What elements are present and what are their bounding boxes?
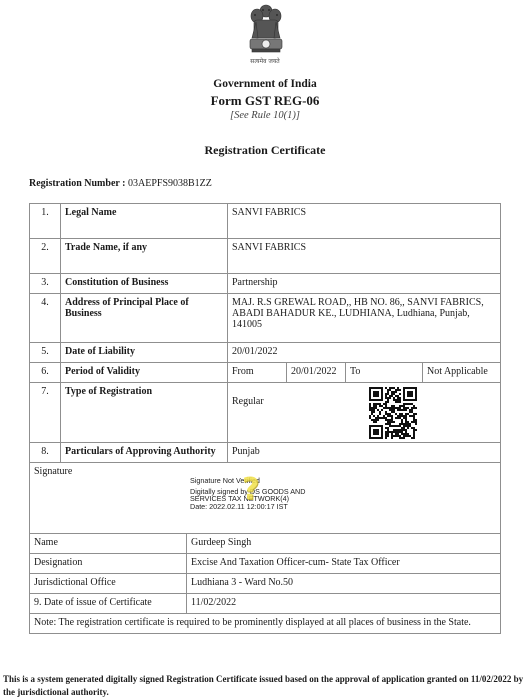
form-name: Form GST REG-06 [0,93,530,109]
motto: सत्यमेव जयते [0,57,530,65]
government-heading: Government of India [0,78,530,90]
row-number: 5. [30,343,61,363]
row-number: 1. [30,204,61,239]
table-row: 2. Trade Name, if any SANVI FABRICS [30,239,501,274]
legal-name-value: SANVI FABRICS [228,204,501,239]
row-number: 3. [30,274,61,294]
table-row: 9. Date of issue of Certificate 11/02/20… [30,594,501,614]
row-number: 7. [30,383,61,443]
footer-statement: This is a system generated digitally sig… [3,673,527,699]
approving-authority-value: Punjab [228,443,501,463]
legal-name-label: Legal Name [61,204,228,239]
table-row: 5. Date of Liability 20/01/2022 [30,343,501,363]
note-text: Note: The registration certificate is re… [30,614,501,634]
date-of-liability-label: Date of Liability [61,343,228,363]
table-row: Name Gurdeep Singh [30,534,501,554]
type-of-registration-cell: Regular [228,383,501,443]
from-value: 20/01/2022 [287,363,346,382]
table-row: 7. Type of Registration Regular [30,383,501,443]
certificate-title: Registration Certificate [0,143,530,158]
row-number: 4. [30,294,61,343]
jurisdictional-office-value: Ludhiana 3 - Ward No.50 [187,574,501,594]
table-row: 8. Particulars of Approving Authority Pu… [30,443,501,463]
details-table: 1. Legal Name SANVI FABRICS 2. Trade Nam… [29,203,501,463]
table-row: Designation Excise And Taxation Officer-… [30,554,501,574]
registration-number-value: 03AEPFS9038B1ZZ [128,178,212,189]
type-of-registration-label: Type of Registration [61,383,228,443]
period-of-validity-label: Period of Validity [61,363,228,383]
officer-name-value: Gurdeep Singh [187,534,501,554]
table-row: 3. Constitution of Business Partnership [30,274,501,294]
from-label: From [228,363,287,382]
type-of-registration-value: Regular [232,386,496,407]
date-of-issue-label: 9. Date of issue of Certificate [30,594,187,614]
designation-label: Designation [30,554,187,574]
question-mark-icon: ? [242,472,259,507]
address-value: MAJ. R.S GREWAL ROAD,, HB NO. 86,, SANVI… [228,294,501,343]
signature-label: Signature [34,466,72,477]
approving-authority-label: Particulars of Approving Authority [61,443,228,463]
registration-number: Registration Number : 03AEPFS9038B1ZZ [29,178,212,189]
trade-name-label: Trade Name, if any [61,239,228,274]
table-row: Jurisdictional Office Ludhiana 3 - Ward … [30,574,501,594]
constitution-label: Constitution of Business [61,274,228,294]
table-row: 1. Legal Name SANVI FABRICS [30,204,501,239]
validity-subtable: From 20/01/2022 To Not Applicable [228,363,500,382]
constitution-value: Partnership [228,274,501,294]
row-number: 2. [30,239,61,274]
to-value: Not Applicable [423,363,501,382]
trade-name-value: SANVI FABRICS [228,239,501,274]
table-row: 6. Period of Validity From 20/01/2022 To… [30,363,501,383]
national-emblem-icon [243,2,289,64]
table-row: 4. Address of Principal Place of Busines… [30,294,501,343]
officer-name-label: Name [30,534,187,554]
jurisdictional-office-label: Jurisdictional Office [30,574,187,594]
date-of-issue-value: 11/02/2022 [187,594,501,614]
address-label: Address of Principal Place of Business [61,294,228,343]
table-row: Note: The registration certificate is re… [30,614,501,634]
registration-number-label: Registration Number : [29,178,125,189]
date-of-liability-value: 20/01/2022 [228,343,501,363]
qr-code-icon [369,387,417,439]
period-of-validity-cell: From 20/01/2022 To Not Applicable [228,363,501,383]
row-number: 8. [30,443,61,463]
rule-reference: [See Rule 10(1)] [0,110,530,121]
designation-value: Excise And Taxation Officer-cum- State T… [187,554,501,574]
row-number: 6. [30,363,61,383]
to-label: To [346,363,423,382]
